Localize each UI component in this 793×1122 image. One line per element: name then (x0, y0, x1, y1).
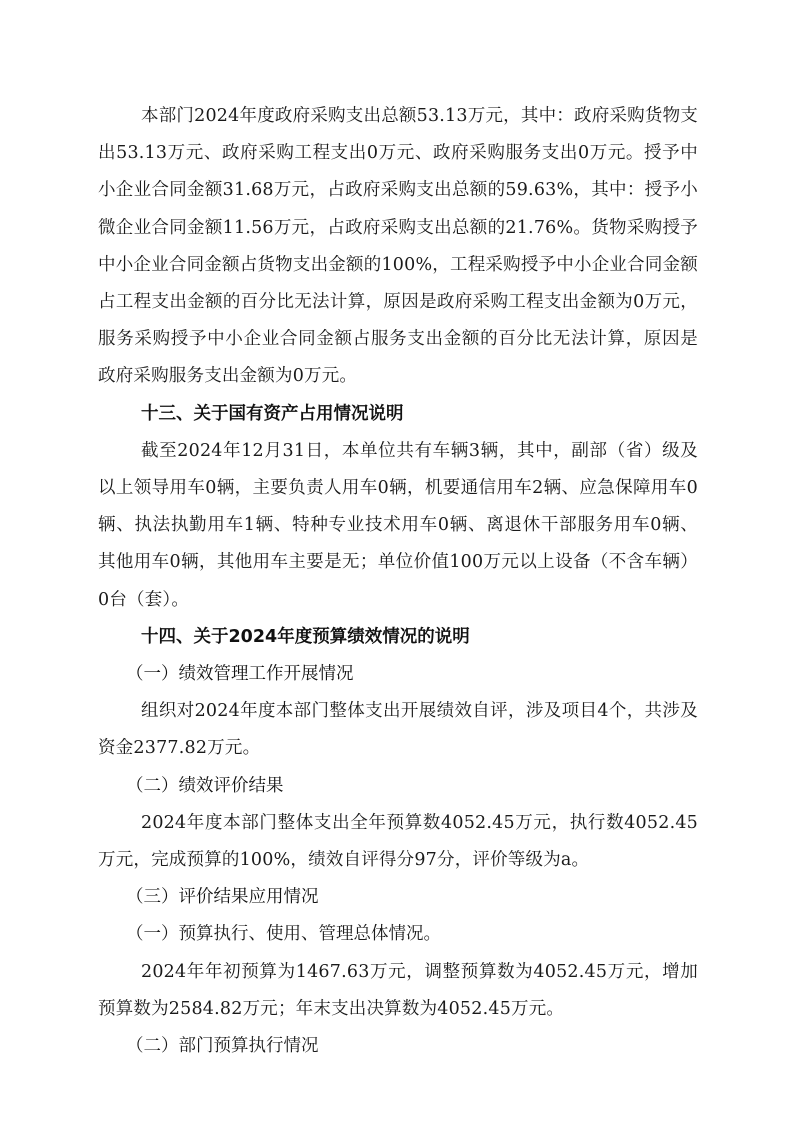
subsection-1-paragraph: 组织对2024年度本部门整体支出开展绩效自评，涉及项目4个，共涉及资金2377.… (98, 693, 698, 767)
assets-paragraph: 截至2024年12月31日，本单位共有车辆3辆，其中，副部（省）级及以上领导用车… (98, 433, 698, 619)
subsection-3-item-2-label: （二）部门预算执行情况 (98, 1028, 698, 1065)
subsection-3-item-1-label: （一）预算执行、使用、管理总体情况。 (98, 916, 698, 953)
subsection-1-heading: （一）绩效管理工作开展情况 (98, 656, 698, 693)
subsection-2-heading: （二）绩效评价结果 (98, 768, 698, 805)
procurement-paragraph: 本部门2024年度政府采购支出总额53.13万元，其中：政府采购货物支出53.1… (98, 98, 698, 396)
section-13-heading: 十三、关于国有资产占用情况说明 (98, 396, 698, 433)
document-page: 本部门2024年度政府采购支出总额53.13万元，其中：政府采购货物支出53.1… (98, 98, 698, 1065)
subsection-3-heading: （三）评价结果应用情况 (98, 879, 698, 916)
subsection-2-paragraph: 2024年度本部门整体支出全年预算数4052.45万元，执行数4052.45万元… (98, 805, 698, 879)
section-14-heading: 十四、关于2024年度预算绩效情况的说明 (98, 619, 698, 656)
subsection-3-item-1-paragraph: 2024年年初预算为1467.63万元，调整预算数为4052.45万元，增加预算… (98, 954, 698, 1028)
